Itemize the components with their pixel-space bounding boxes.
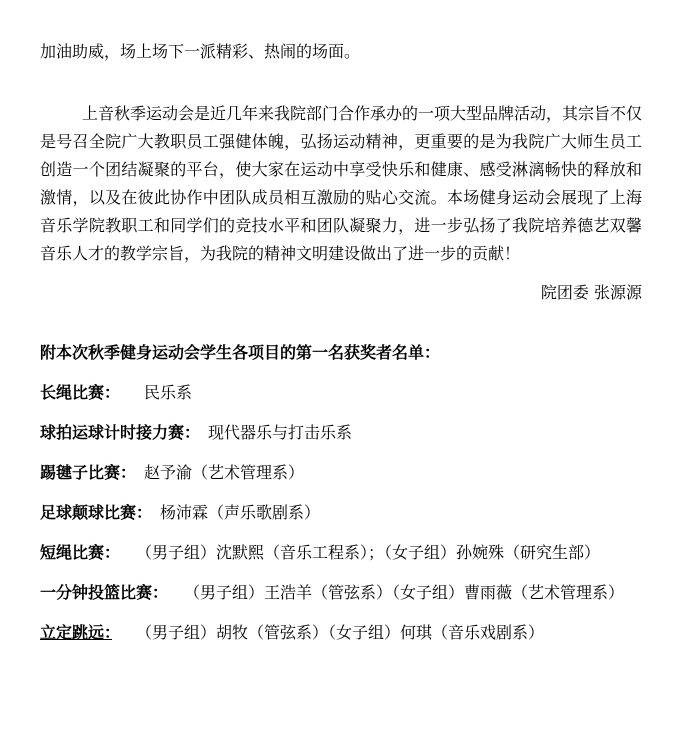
- award-item-shuttlecock: 踢毽子比赛： 赵予渝（艺术管理系）: [40, 459, 642, 487]
- award-item-standing-long-jump: 立定跳远： （男子组）胡牧（管弦系）（女子组）何琪（音乐戏剧系）: [40, 619, 642, 647]
- award-label: 立定跳远：: [40, 623, 112, 642]
- document-page: 加油助威，场上场下一派精彩、热闹的场面。 上音秋季运动会是近几年来我院部门合作承…: [0, 0, 683, 731]
- body-paragraph: 上音秋季运动会是近几年来我院部门合作承办的一项大型品牌活动，其宗旨不仅是号召全院…: [40, 100, 642, 268]
- award-label: 踢毽子比赛：: [40, 463, 128, 482]
- award-value: （男子组）沈默熙（音乐工程系）；（女子组）孙婉殊（研究生部）: [112, 543, 600, 562]
- award-label: 球拍运球计时接力赛：: [40, 423, 192, 442]
- award-value: （男子组）胡牧（管弦系）（女子组）何琪（音乐戏剧系）: [112, 623, 544, 642]
- award-item-long-rope: 长绳比赛： 民乐系: [40, 379, 642, 407]
- award-item-one-minute-shooting: 一分钟投篮比赛： （男子组）王浩羊（管弦系）（女子组）曹雨薇（艺术管理系）: [40, 579, 642, 607]
- award-value: 现代器乐与打击乐系: [192, 423, 352, 442]
- award-item-soccer-juggle: 足球颠球比赛： 杨沛霖（声乐歌剧系）: [40, 499, 642, 527]
- award-value: 杨沛霖（声乐歌剧系）: [144, 503, 320, 522]
- award-item-dribble-relay: 球拍运球计时接力赛： 现代器乐与打击乐系: [40, 419, 642, 447]
- award-value: 民乐系: [112, 383, 192, 402]
- award-value: （男子组）王浩羊（管弦系）（女子组）曹雨薇（艺术管理系）: [160, 583, 624, 602]
- award-label: 短绳比赛：: [40, 543, 112, 562]
- award-label: 足球颠球比赛：: [40, 503, 144, 522]
- award-item-short-rope: 短绳比赛： （男子组）沈默熙（音乐工程系）；（女子组）孙婉殊（研究生部）: [40, 539, 642, 567]
- awards-heading: 附本次秋季健身运动会学生各项目的第一名获奖者名单：: [40, 339, 642, 367]
- award-value: 赵予渝（艺术管理系）: [128, 463, 304, 482]
- award-label: 长绳比赛：: [40, 383, 112, 402]
- signature: 院团委 张源源: [40, 279, 642, 307]
- award-label: 一分钟投篮比赛：: [40, 583, 160, 602]
- intro-line: 加油助威，场上场下一派精彩、热闹的场面。: [40, 38, 642, 66]
